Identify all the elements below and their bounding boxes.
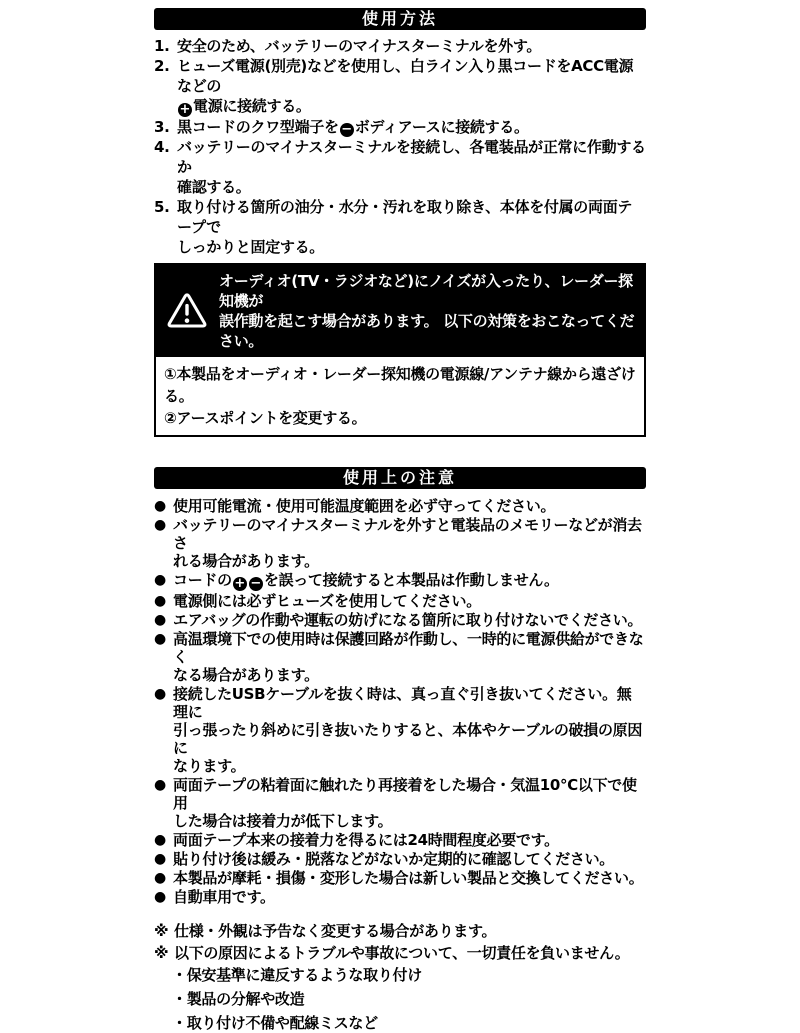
step-line: 安全のため、バッテリーのマイナスターミナルを外す。	[177, 36, 646, 56]
bullet-icon: ●	[154, 685, 173, 775]
bullet-icon: ●	[154, 888, 173, 906]
step-line: ボディアースに接続する。	[355, 118, 529, 136]
content-column: 使用方法 1. 安全のため、バッテリーのマイナスターミナルを外す。 2. ヒュー…	[154, 0, 646, 1033]
caution-item: ● エアバッグの作動や運転の妨げになる箇所に取り付けないでください。	[154, 611, 646, 629]
caution-line: バッテリーのマイナスターミナルを外すと電装品のメモリーなどが消去さ	[173, 516, 646, 552]
sub-note-text: 保安基準に違反するような取り付け	[187, 966, 646, 985]
notes: ※ 仕様・外観は予告なく変更する場合があります。 ※ 以下の原因によるトラブルや…	[154, 922, 646, 1033]
caution-item: ● 両面テープ本来の接着力を得るには24時間程度必要です。	[154, 831, 646, 849]
caution-text: 両面テープ本来の接着力を得るには24時間程度必要です。	[173, 831, 646, 849]
bullet-icon: ●	[154, 630, 173, 684]
caution-item: ● 電源側には必ずヒューズを使用してください。	[154, 592, 646, 610]
caution-text: 両面テープの粘着面に触れたり再接着をした場合・気温10℃以下で使用 した場合は接…	[173, 776, 646, 830]
step-item-5: 5. 取り付ける箇所の油分・水分・汚れを取り除き、本体を付属の両面テープで しっ…	[154, 197, 646, 257]
dot-icon: ・	[172, 990, 187, 1009]
caution-line: 電源側には必ずヒューズを使用してください。	[173, 592, 646, 610]
step-item-2: 2. ヒューズ電源(別売)などを使用し、白ライン入り黒コードをACC電源などの …	[154, 56, 646, 117]
caution-item: ● 高温環境下での使用時は保護回路が作動し、一時的に電源供給ができなく なる場合…	[154, 630, 646, 684]
bullet-icon: ●	[154, 571, 173, 591]
step-number: 1.	[154, 36, 177, 56]
page: { "colors": {"ink": "#000000", "paper": …	[0, 0, 800, 800]
caution-line: 接続したUSBケーブルを抜く時は、真っ直ぐ引き抜いてください。無理に	[173, 685, 646, 721]
caution-line: 自動車用です。	[173, 888, 646, 906]
plus-circle-icon: +	[178, 103, 192, 117]
caution-item: ● 使用可能電流・使用可能温度範囲を必ず守ってください。	[154, 497, 646, 515]
sub-note-list: ・ 保安基準に違反するような取り付け ・ 製品の分解や改造 ・ 取り付け不備や配…	[172, 966, 646, 1033]
warning-box: オーディオ(TV・ラジオなど)にノイズが入ったり、レーダー探知機が 誤作動を起こ…	[154, 263, 646, 437]
plus-circle-icon: +	[233, 577, 247, 591]
caution-item: ● 接続したUSBケーブルを抜く時は、真っ直ぐ引き抜いてください。無理に 引っ張…	[154, 685, 646, 775]
warning-header: オーディオ(TV・ラジオなど)にノイズが入ったり、レーダー探知機が 誤作動を起こ…	[156, 265, 644, 357]
caution-line: 本製品が摩耗・損傷・変形した場合は新しい製品と交換してください。	[173, 869, 646, 887]
bullet-icon: ●	[154, 592, 173, 610]
caution-item: ● 自動車用です。	[154, 888, 646, 906]
minus-circle-icon: −	[340, 123, 354, 137]
caution-text: 貼り付け後は緩み・脱落などがないか定期的に確認してください。	[173, 850, 646, 868]
step-number: 4.	[154, 137, 177, 197]
caution-text: 使用可能電流・使用可能温度範囲を必ず守ってください。	[173, 497, 646, 515]
step-text: 黒コードのクワ型端子を−ボディアースに接続する。	[177, 117, 646, 138]
caution-text: バッテリーのマイナスターミナルを外すと電装品のメモリーなどが消去さ れる場合があ…	[173, 516, 646, 570]
sub-note-text: 製品の分解や改造	[187, 990, 646, 1009]
step-number: 5.	[154, 197, 177, 257]
caution-item: ● 両面テープの粘着面に触れたり再接着をした場合・気温10℃以下で使用 した場合…	[154, 776, 646, 830]
note-item: ※ 以下の原因によるトラブルや事故について、一切責任を負いません。	[154, 944, 646, 963]
step-line: バッテリーのマイナスターミナルを接続し、各電装品が正常に作動するか	[177, 137, 646, 177]
step-line: しっかりと固定する。	[177, 237, 646, 257]
bullet-icon: ●	[154, 831, 173, 849]
bullet-icon: ●	[154, 850, 173, 868]
usage-title: 使用方法	[362, 9, 438, 28]
caution-text: 高温環境下での使用時は保護回路が作動し、一時的に電源供給ができなく なる場合があ…	[173, 630, 646, 684]
caution-line: 両面テープ本来の接着力を得るには24時間程度必要です。	[173, 831, 646, 849]
caution-text: 電源側には必ずヒューズを使用してください。	[173, 592, 646, 610]
caution-line: なります。	[173, 757, 646, 775]
step-item-1: 1. 安全のため、バッテリーのマイナスターミナルを外す。	[154, 36, 646, 56]
sub-note-item: ・ 保安基準に違反するような取り付け	[172, 966, 646, 985]
step-line: 電源に接続する。	[193, 97, 311, 115]
caution-text: コードの+−を誤って接続すると本製品は作動しません。	[173, 571, 646, 591]
note-text: 仕様・外観は予告なく変更する場合があります。	[174, 922, 646, 941]
sub-note-item: ・ 取り付け不備や配線ミスなど	[172, 1014, 646, 1033]
cautions-title: 使用上の注意	[343, 468, 457, 487]
note-item: ※ 仕様・外観は予告なく変更する場合があります。	[154, 922, 646, 941]
note-text: 以下の原因によるトラブルや事故について、一切責任を負いません。	[174, 944, 646, 963]
dot-icon: ・	[172, 1014, 187, 1033]
sub-note-item: ・ 製品の分解や改造	[172, 990, 646, 1009]
minus-circle-icon: −	[249, 577, 263, 591]
step-line: ヒューズ電源(別売)などを使用し、白ライン入り黒コードをACC電源などの	[177, 57, 633, 95]
step-item-4: 4. バッテリーのマイナスターミナルを接続し、各電装品が正常に作動するか 確認す…	[154, 137, 646, 197]
caution-text: 自動車用です。	[173, 888, 646, 906]
step-text: バッテリーのマイナスターミナルを接続し、各電装品が正常に作動するか 確認する。	[177, 137, 646, 197]
caution-line: 貼り付け後は緩み・脱落などがないか定期的に確認してください。	[173, 850, 646, 868]
caution-text: 本製品が摩耗・損傷・変形した場合は新しい製品と交換してください。	[173, 869, 646, 887]
note-mark-icon: ※	[154, 944, 174, 963]
caution-item: ● 本製品が摩耗・損傷・変形した場合は新しい製品と交換してください。	[154, 869, 646, 887]
step-number: 3.	[154, 117, 177, 138]
caution-line: れる場合があります。	[173, 552, 646, 570]
warning-text-line: オーディオ(TV・ラジオなど)にノイズが入ったり、レーダー探知機が	[219, 271, 636, 311]
bullet-icon: ●	[154, 776, 173, 830]
step-text: 安全のため、バッテリーのマイナスターミナルを外す。	[177, 36, 646, 56]
cautions-section-title-bar: 使用上の注意	[154, 467, 646, 489]
countermeasure-line: ①本製品をオーディオ・レーダー探知機の電源線/アンテナ線から遠ざける。	[164, 363, 638, 407]
sub-note-text: 取り付け不備や配線ミスなど	[187, 1014, 646, 1033]
usage-section-title-bar: 使用方法	[154, 8, 646, 30]
caution-line: した場合は接着力が低下します。	[173, 812, 646, 830]
caution-item: ● バッテリーのマイナスターミナルを外すと電装品のメモリーなどが消去さ れる場合…	[154, 516, 646, 570]
warning-triangle-icon	[166, 292, 208, 330]
warning-text-line: 誤作動を起こす場合があります。 以下の対策をおこなってください。	[219, 311, 636, 351]
countermeasures: ①本製品をオーディオ・レーダー探知機の電源線/アンテナ線から遠ざける。 ②アース…	[156, 357, 644, 435]
step-line: 確認する。	[177, 177, 646, 197]
caution-line: 高温環境下での使用時は保護回路が作動し、一時的に電源供給ができなく	[173, 630, 646, 666]
bullet-icon: ●	[154, 611, 173, 629]
caution-line: を誤って接続すると本製品は作動しません。	[264, 571, 559, 589]
note-mark-icon: ※	[154, 922, 174, 941]
caution-line: 引っ張ったり斜めに引き抜いたりすると、本体やケーブルの破損の原因に	[173, 721, 646, 757]
step-line: 取り付ける箇所の油分・水分・汚れを取り除き、本体を付属の両面テープで	[177, 197, 646, 237]
caution-item: ● 貼り付け後は緩み・脱落などがないか定期的に確認してください。	[154, 850, 646, 868]
countermeasure-line: ②アースポイントを変更する。	[164, 407, 638, 429]
caution-line: コードの	[173, 571, 232, 589]
warning-text: オーディオ(TV・ラジオなど)にノイズが入ったり、レーダー探知機が 誤作動を起こ…	[219, 271, 636, 351]
bullet-icon: ●	[154, 516, 173, 570]
step-text: ヒューズ電源(別売)などを使用し、白ライン入り黒コードをACC電源などの +電源…	[177, 56, 646, 117]
step-line: 黒コードのクワ型端子を	[177, 118, 339, 136]
step-item-3: 3. 黒コードのクワ型端子を−ボディアースに接続する。	[154, 117, 646, 138]
bullet-icon: ●	[154, 497, 173, 515]
caution-line: 使用可能電流・使用可能温度範囲を必ず守ってください。	[173, 497, 646, 515]
caution-list: ● 使用可能電流・使用可能温度範囲を必ず守ってください。 ● バッテリーのマイナ…	[154, 497, 646, 906]
caution-text: エアバッグの作動や運転の妨げになる箇所に取り付けないでください。	[173, 611, 646, 629]
caution-item: ● コードの+−を誤って接続すると本製品は作動しません。	[154, 571, 646, 591]
step-text: 取り付ける箇所の油分・水分・汚れを取り除き、本体を付属の両面テープで しっかりと…	[177, 197, 646, 257]
bullet-icon: ●	[154, 869, 173, 887]
caution-line: 両面テープの粘着面に触れたり再接着をした場合・気温10℃以下で使用	[173, 776, 646, 812]
usage-steps: 1. 安全のため、バッテリーのマイナスターミナルを外す。 2. ヒューズ電源(別…	[154, 36, 646, 257]
caution-line: なる場合があります。	[173, 666, 646, 684]
step-number: 2.	[154, 56, 177, 117]
caution-text: 接続したUSBケーブルを抜く時は、真っ直ぐ引き抜いてください。無理に 引っ張った…	[173, 685, 646, 775]
caution-line: エアバッグの作動や運転の妨げになる箇所に取り付けないでください。	[173, 611, 646, 629]
dot-icon: ・	[172, 966, 187, 985]
